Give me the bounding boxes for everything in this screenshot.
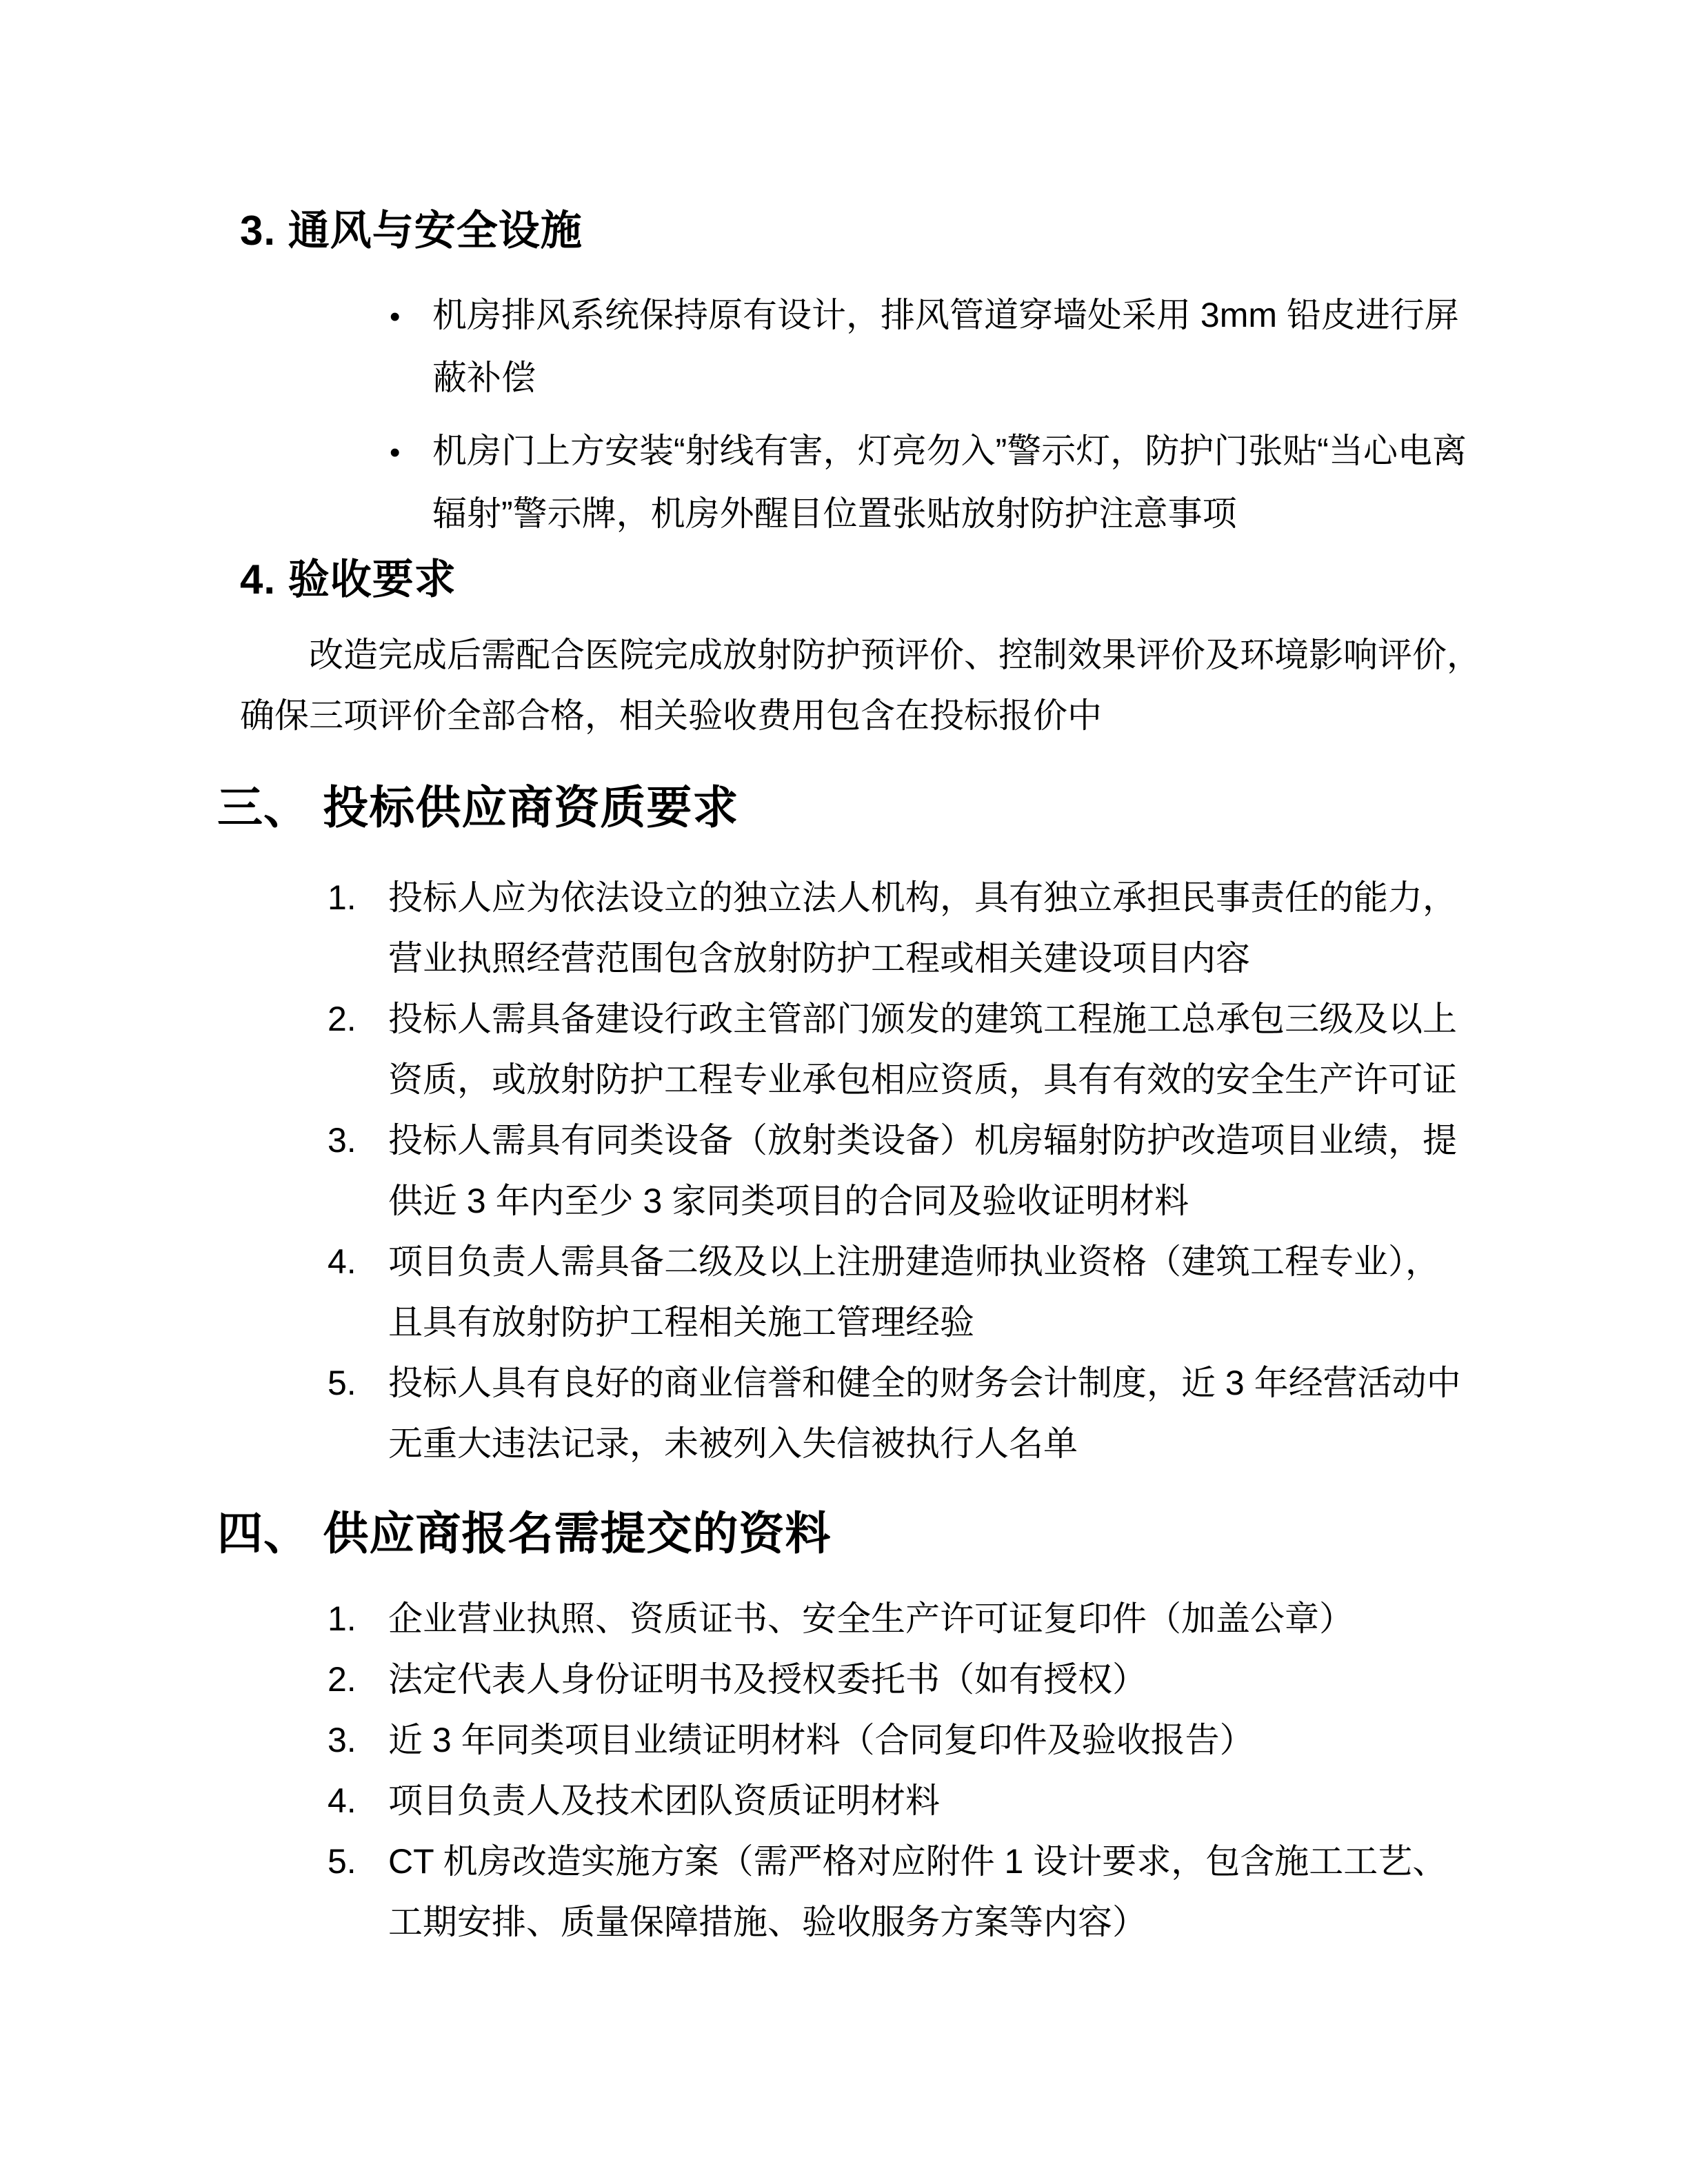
list-item-text: CT 机房改造实施方案（需严格对应附件 1 设计要求，包含施工工艺、工期安排、质… — [388, 1842, 1447, 1941]
list-item-number: 3. — [328, 1710, 388, 1770]
bullet-item: •机房门上方安装“射线有害，灯亮勿入”警示灯，防护门张贴“当心电离辐射”警示牌，… — [390, 421, 1479, 544]
bullet-item-text: 机房排风系统保持原有设计，排风管道穿墙处采用 3mm 铅皮进行屏蔽补偿 — [432, 296, 1459, 397]
list-item-text: 投标人应为依法设立的独立法人机构，具有独立承担民事责任的能力，营业执照经营范围包… — [388, 878, 1457, 978]
list-item: 1.企业营业执照、资质证书、安全生产许可证复印件（加盖公章） — [328, 1588, 1465, 1649]
list-item-text: 法定代表人身份证明书及授权委托书（如有授权） — [388, 1660, 1147, 1699]
list-item: 4.项目负责人及技术团队资质证明材料 — [328, 1770, 1465, 1831]
list-item-number: 5. — [328, 1353, 388, 1413]
list-item-number: 1. — [328, 867, 388, 928]
bullet-item: •机房排风系统保持原有设计，排风管道穿墙处采用 3mm 铅皮进行屏蔽补偿 — [390, 285, 1479, 408]
list-item: 1.投标人应为依法设立的独立法人机构，具有独立承担民事责任的能力，营业执照经营范… — [328, 867, 1465, 989]
heading-bidder-qualifications: 三、 投标供应商资质要求 — [217, 780, 738, 835]
list-item-text: 项目负责人及技术团队资质证明材料 — [388, 1781, 940, 1820]
list-item-number: 3. — [328, 1110, 388, 1171]
list-item-text: 投标人需具有同类设备（放射类设备）机房辐射防护改造项目业绩，提供近 3 年内至少… — [388, 1121, 1457, 1220]
list-item: 3.近 3 年同类项目业绩证明材料（合同复印件及验收报告） — [328, 1710, 1465, 1770]
acceptance-paragraph: 改造完成后需配合医院完成放射防护预评价、控制效果评价及环境影响评价，确保三项评价… — [240, 625, 1495, 746]
list-item-text: 投标人需具备建设行政主管部门颁发的建筑工程施工总承包三级及以上资质，或放射防护工… — [388, 1000, 1457, 1099]
bullet-item-text: 机房门上方安装“射线有害，灯亮勿入”警示灯，防护门张贴“当心电离辐射”警示牌，机… — [432, 432, 1467, 533]
list-item: 2.投标人需具备建设行政主管部门颁发的建筑工程施工总承包三级及以上资质，或放射防… — [328, 989, 1465, 1110]
list-item-number: 5. — [328, 1831, 388, 1892]
document-page: 3. 通风与安全设施 •机房排风系统保持原有设计，排风管道穿墙处采用 3mm 铅… — [0, 0, 1688, 2184]
list-item-number: 2. — [328, 1649, 388, 1710]
list-item: 3.投标人需具有同类设备（放射类设备）机房辐射防护改造项目业绩，提供近 3 年内… — [328, 1110, 1465, 1231]
materials-list: 1.企业营业执照、资质证书、安全生产许可证复印件（加盖公章） 2.法定代表人身份… — [328, 1588, 1465, 1952]
bullet-icon: • — [390, 423, 432, 483]
heading-registration-materials: 四、 供应商报名需提交的资料 — [217, 1506, 831, 1561]
list-item: 5.投标人具有良好的商业信誉和健全的财务会计制度，近 3 年经营活动中无重大违法… — [328, 1353, 1465, 1474]
list-item-text: 近 3 年同类项目业绩证明材料（合同复印件及验收报告） — [388, 1721, 1254, 1759]
list-item-number: 4. — [328, 1231, 388, 1292]
list-item-text: 项目负责人需具备二级及以上注册建造师执业资格（建筑工程专业），且具有放射防护工程… — [388, 1242, 1440, 1342]
qualification-list: 1.投标人应为依法设立的独立法人机构，具有独立承担民事责任的能力，营业执照经营范… — [328, 867, 1465, 1474]
list-item-number: 4. — [328, 1770, 388, 1831]
list-item-number: 1. — [328, 1588, 388, 1649]
list-item: 2.法定代表人身份证明书及授权委托书（如有授权） — [328, 1649, 1465, 1710]
bullet-icon: • — [390, 287, 432, 347]
heading-ventilation-safety: 3. 通风与安全设施 — [240, 207, 583, 255]
list-item-number: 2. — [328, 989, 388, 1049]
list-item-text: 企业营业执照、资质证书、安全生产许可证复印件（加盖公章） — [388, 1599, 1354, 1638]
list-item: 4.项目负责人需具备二级及以上注册建造师执业资格（建筑工程专业），且具有放射防护… — [328, 1231, 1465, 1353]
list-item-text: 投标人具有良好的商业信誉和健全的财务会计制度，近 3 年经营活动中无重大违法记录… — [388, 1364, 1461, 1463]
ventilation-bullet-list: •机房排风系统保持原有设计，排风管道穿墙处采用 3mm 铅皮进行屏蔽补偿 •机房… — [390, 285, 1479, 544]
heading-acceptance-requirements: 4. 验收要求 — [240, 556, 456, 604]
list-item: 5.CT 机房改造实施方案（需严格对应附件 1 设计要求，包含施工工艺、工期安排… — [328, 1831, 1465, 1952]
